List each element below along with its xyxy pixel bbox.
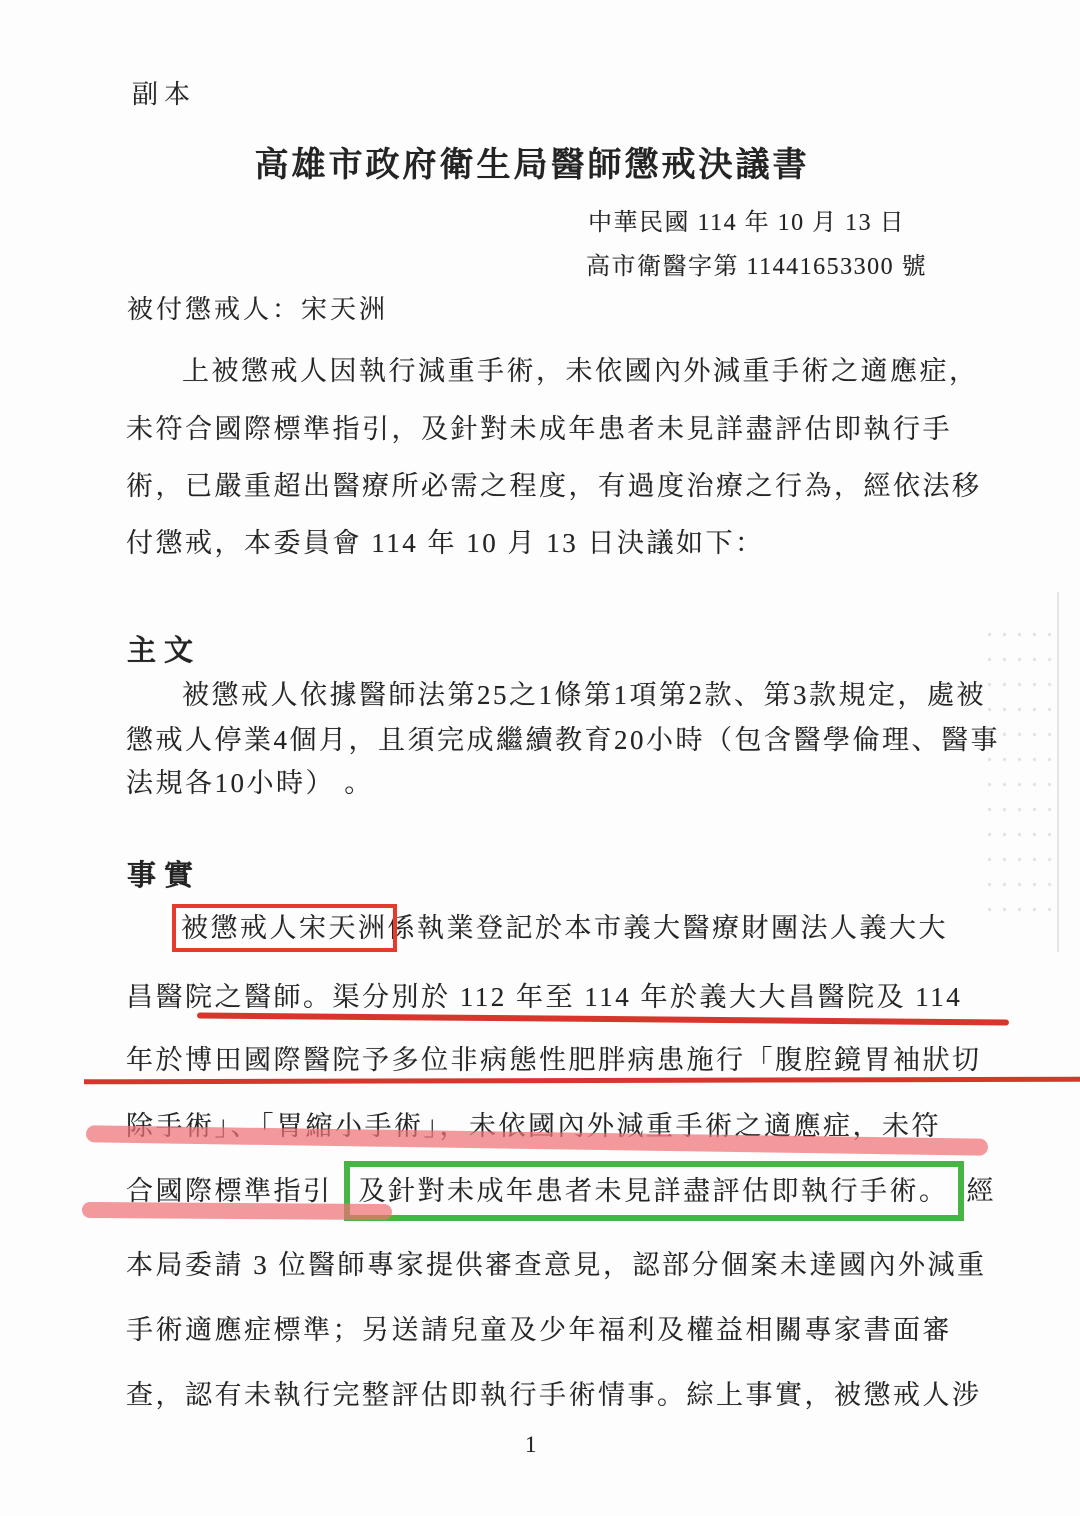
intro-line: 術，已嚴重超出醫療所必需之程度，有過度治療之行為，經依法移 bbox=[126, 471, 982, 502]
facts-text: 係執業登記於本市義大醫療財團法人義大大 bbox=[388, 913, 949, 943]
document-date: 中華民國 114 年 10 月 13 日 bbox=[588, 210, 905, 238]
verdict-line: 被懲戒人依據醫師法第25之1條第1項第2款、第3款規定，處被 bbox=[182, 680, 986, 711]
facts-text: 經 bbox=[967, 1176, 997, 1206]
green-box-annotation: 及針對未成年患者未見詳盡評估即執行手術。 bbox=[359, 1176, 949, 1206]
document-number: 高市衛醫字第 11441653300 號 bbox=[586, 254, 927, 282]
intro-line: 上被懲戒人因執行減重手術，未依國內外減重手術之適應症， bbox=[182, 356, 979, 387]
facts-line: 查，認有未執行完整評估即執行手術情事。綜上事實，被懲戒人涉 bbox=[126, 1380, 982, 1411]
verdict-section-heading: 主文 bbox=[127, 628, 201, 669]
document-page: 副本 高雄市政府衛生局醫師懲戒決議書 中華民國 114 年 10 月 13 日 … bbox=[0, 0, 1080, 1516]
document-title: 高雄市政府衛生局醫師懲戒決議書 bbox=[0, 146, 1064, 185]
verdict-line: 懲戒人停業4個月，且須完成繼續教育20小時（包含醫學倫理、醫事 bbox=[126, 725, 1000, 756]
scan-artifact-dots bbox=[982, 622, 1058, 920]
red-underline-annotation bbox=[197, 1012, 1009, 1025]
pink-highlight-annotation bbox=[82, 1202, 392, 1220]
facts-line: 昌醫院之醫師。渠分別於 112 年至 114 年於義大大昌醫院及 114 bbox=[126, 982, 962, 1013]
facts-line: 本局委請 3 位醫師專家提供審查意見，認部分個案未達國內外減重 bbox=[126, 1250, 987, 1281]
facts-line: 年於博田國際醫院予多位非病態性肥胖病患施行「腹腔鏡胃袖狀切 bbox=[126, 1045, 982, 1076]
intro-line: 付懲戒，本委員會 114 年 10 月 13 日決議如下： bbox=[126, 528, 765, 559]
verdict-line: 法規各10小時） 。 bbox=[126, 768, 374, 799]
facts-section-heading: 事實 bbox=[127, 853, 201, 894]
page-number: 1 bbox=[0, 1432, 1064, 1458]
intro-line: 未符合國際標準指引，及針對未成年患者未見詳盡評估即執行手 bbox=[126, 414, 952, 445]
facts-line: 手術適應症標準；另送請兒童及少年福利及權益相關專家書面審 bbox=[126, 1315, 952, 1346]
respondent-line: 被付懲戒人：宋天洲 bbox=[127, 295, 388, 325]
red-box-annotation: 被懲戒人宋天洲 bbox=[181, 913, 388, 943]
facts-text: 昌醫院之醫師。 bbox=[126, 982, 333, 1012]
red-underlined-text: 渠分別於 112 年至 114 年於義大大昌醫院及 114 bbox=[333, 982, 963, 1012]
facts-line: 被懲戒人宋天洲係執業登記於本市義大醫療財團法人義大大 bbox=[181, 913, 948, 944]
red-line-annotation bbox=[84, 1077, 1080, 1085]
copy-label: 副本 bbox=[132, 80, 196, 110]
scan-artifact-line bbox=[1057, 592, 1059, 952]
